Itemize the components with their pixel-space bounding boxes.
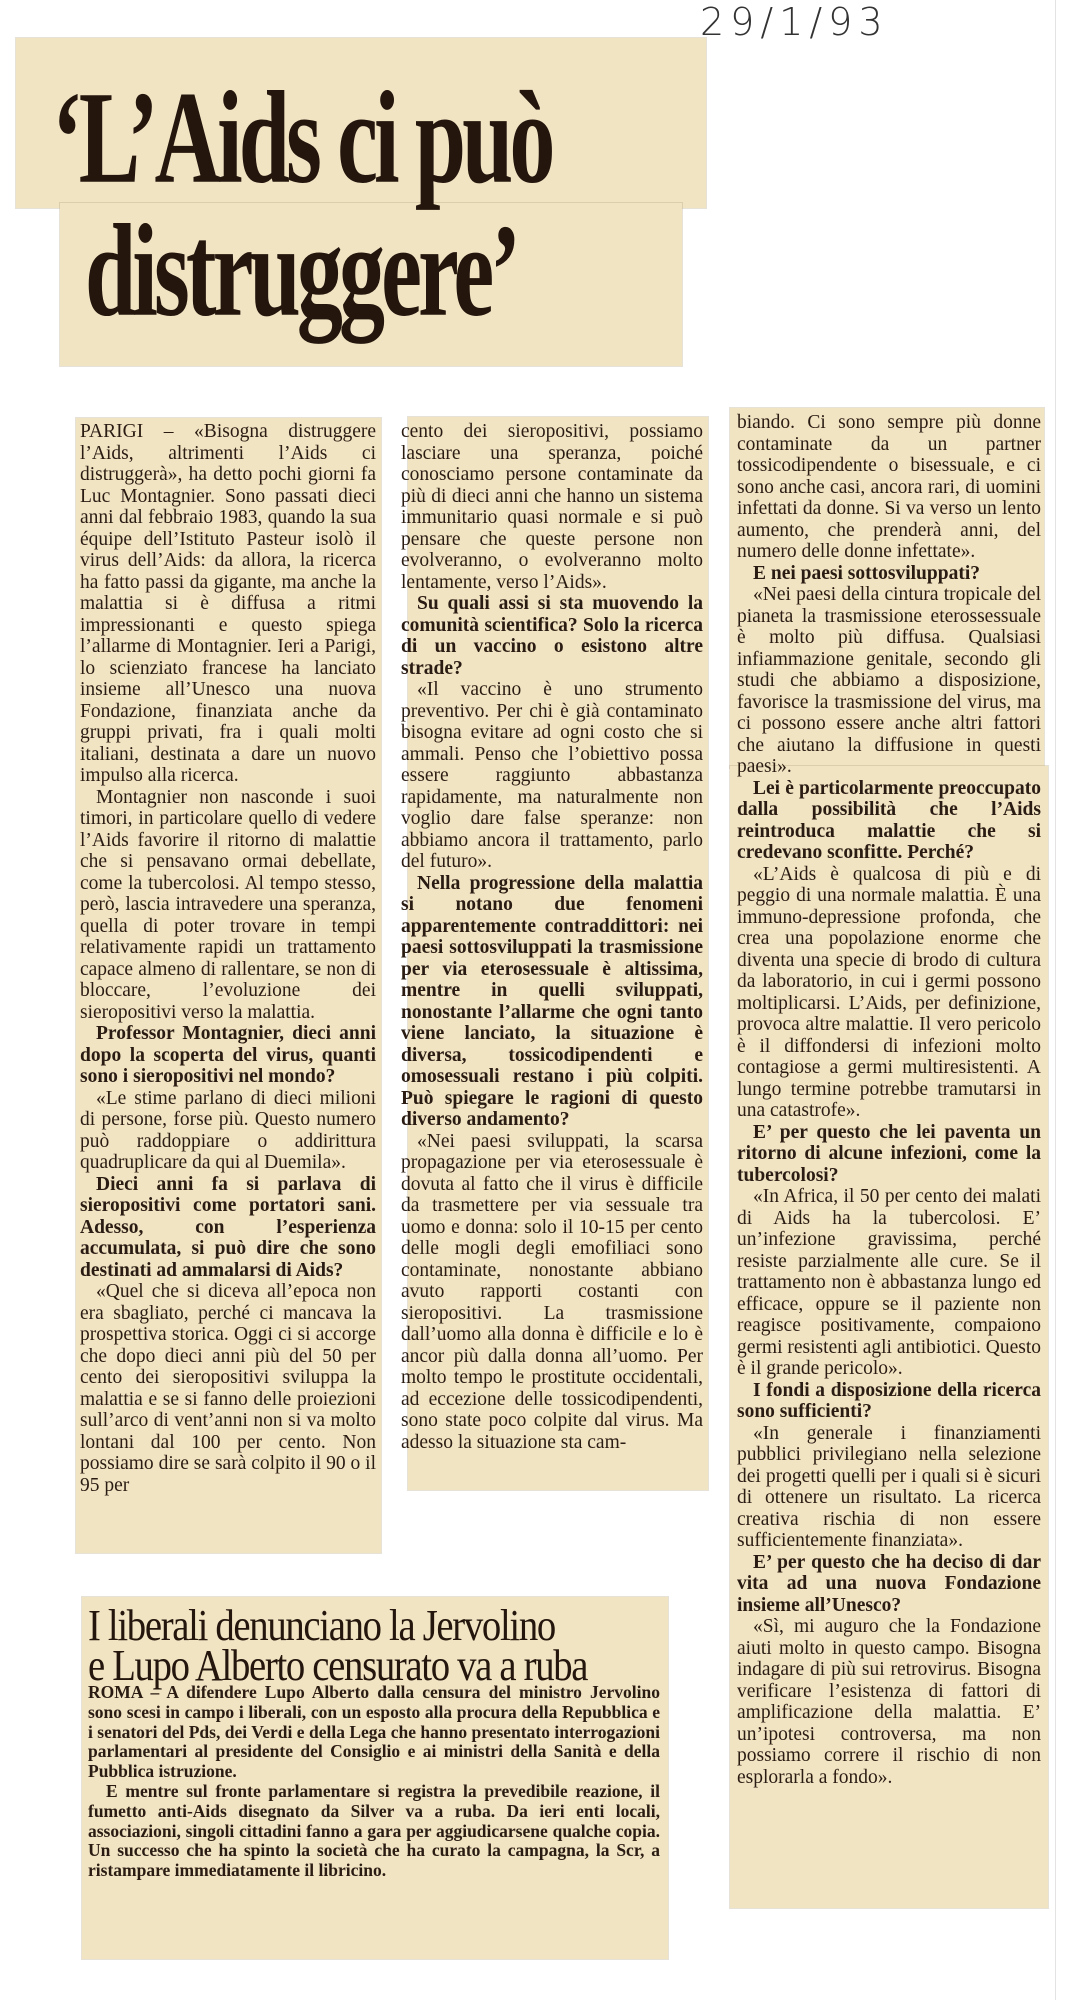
body-paragraph: Montagnier non nasconde i suoi timori, i… (80, 787, 376, 1024)
interview-question: Professor Montagnier, dieci anni dopo la… (80, 1023, 376, 1088)
main-headline-line-1: ‘L’Aids ci può (52, 72, 552, 204)
interview-question: I fondi a disposizione della ricerca son… (737, 1380, 1041, 1423)
second-article-paragraph: E mentre sul fronte parlamentare si regi… (88, 1782, 660, 1881)
interview-question: E nei paesi sottosviluppati? (737, 563, 1041, 585)
interview-question: Nella progressione della malattia si not… (401, 873, 703, 1131)
interview-question: Dieci anni fa si parlava di sieropositiv… (80, 1174, 376, 1282)
interview-answer-continued: cento dei sieropositivi, possiamo lascia… (401, 421, 703, 593)
main-headline-line-2: distruggere’ (85, 205, 517, 337)
interview-answer: «Nei paesi della cintura tropicale del p… (737, 584, 1041, 778)
interview-answer: «Nei paesi sviluppati, la scarsa propaga… (401, 1131, 703, 1454)
interview-question: Su quali assi si sta muovendo la comunit… (401, 593, 703, 679)
interview-answer: «In Africa, il 50 per cento dei malati d… (737, 1186, 1041, 1380)
article-column-2: cento dei sieropositivi, possiamo lascia… (401, 421, 703, 1453)
interview-answer: «Le stime parlano di dieci milioni di pe… (80, 1088, 376, 1174)
second-article-paragraph: ROMA – A difendere Lupo Alberto dalla ce… (88, 1683, 660, 1782)
article-column-3: biando. Ci sono sempre più donne contami… (737, 412, 1041, 1788)
interview-question: Lei è particolarmente preoccupato dalla … (737, 778, 1041, 864)
lead-paragraph: PARIGI – «Bisogna distruggere l’Aids, al… (80, 421, 376, 787)
interview-answer: «L’Aids è qualcosa di più e di peggio di… (737, 864, 1041, 1122)
handwritten-date: 29/1/93 (700, 0, 889, 44)
interview-answer: «Sì, mi auguro che la Fondazione aiuti m… (737, 1616, 1041, 1788)
interview-question: E’ per questo che lei paventa un ritorno… (737, 1122, 1041, 1187)
interview-answer: «In generale i finanziamenti pubblici pr… (737, 1423, 1041, 1552)
interview-answer-continued: biando. Ci sono sempre più donne contami… (737, 412, 1041, 563)
scan-edge-line (1055, 0, 1056, 2000)
article-column-1: PARIGI – «Bisogna distruggere l’Aids, al… (80, 421, 376, 1496)
interview-answer: «Il vaccino è uno strumento preventivo. … (401, 679, 703, 873)
interview-answer: «Quel che si diceva all’epoca non era sb… (80, 1281, 376, 1496)
interview-question: E’ per questo che ha deciso di dar vita … (737, 1552, 1041, 1617)
second-article-body: ROMA – A difendere Lupo Alberto dalla ce… (88, 1683, 660, 1881)
